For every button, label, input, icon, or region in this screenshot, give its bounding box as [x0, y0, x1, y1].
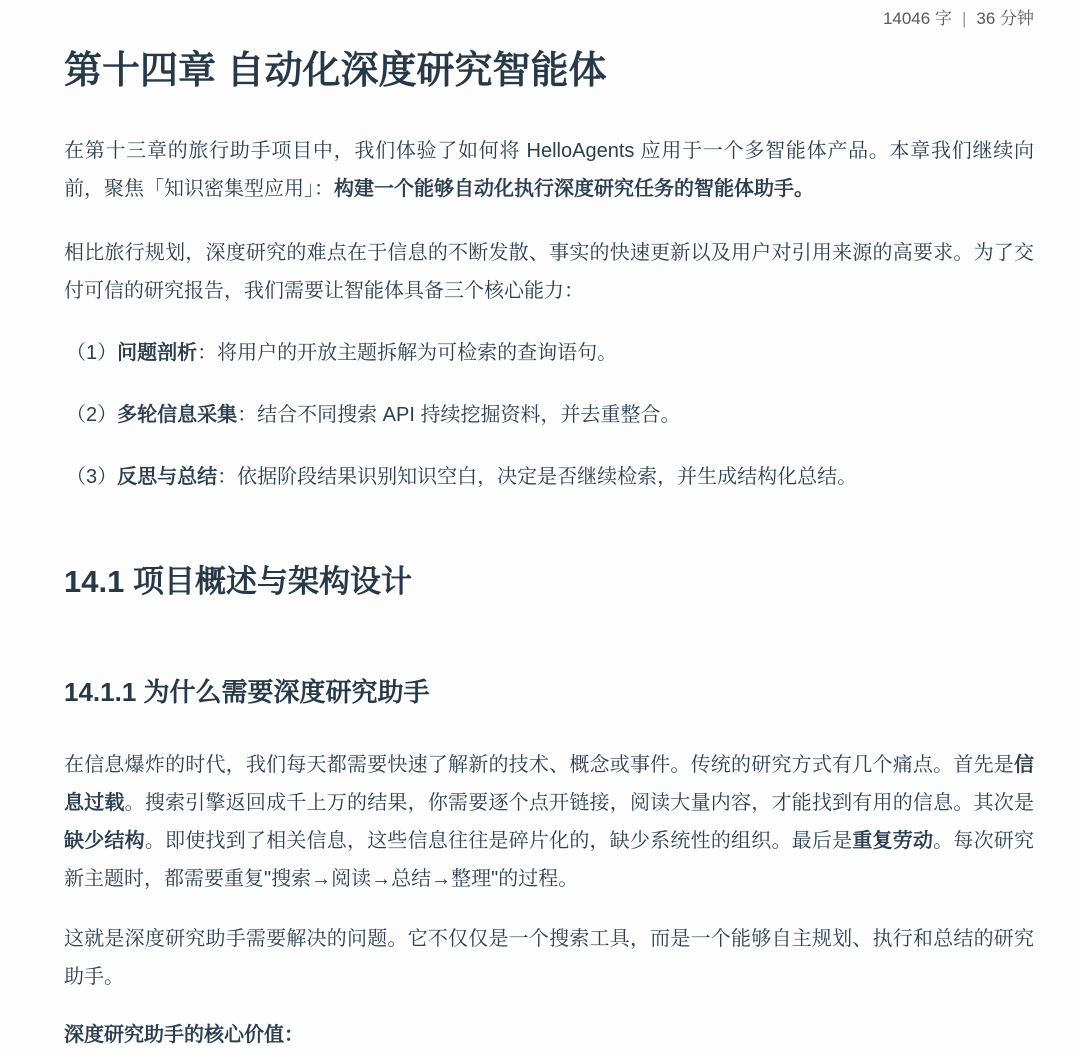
word-count: 14046 字	[883, 9, 952, 28]
list-item-2-title: 多轮信息采集	[117, 404, 237, 426]
document-page: 14046 字|36 分钟 第十四章 自动化深度研究智能体 在第十三章的旅行助手…	[0, 0, 1080, 1050]
meta-divider: |	[962, 9, 966, 28]
paragraph-challenges: 相比旅行规划，深度研究的难点在于信息的不断发散、事实的快速更新以及用户对引用来源…	[64, 234, 1034, 310]
list-item-2: （2）多轮信息采集：结合不同搜索 API 持续挖掘资料，并去重整合。	[64, 396, 1034, 434]
list-item-1-number: （1）	[66, 342, 117, 364]
list-item-3: （3）反思与总结：依据阶段结果识别知识空白，决定是否继续检索，并生成结构化总结。	[64, 458, 1034, 496]
painpoints-seg2: 。搜索引擎返回成千上万的结果，你需要逐个点开链接，阅读大量内容，才能找到有用的信…	[125, 792, 1034, 814]
subsection-title: 14.1.1 为什么需要深度研究助手	[64, 674, 1034, 710]
paragraph-intro-bold: 构建一个能够自动化执行深度研究任务的智能体助手。	[334, 178, 814, 200]
list-item-1-desc: ：将用户的开放主题拆解为可检索的查询语句。	[197, 342, 617, 364]
chapter-title: 第十四章 自动化深度研究智能体	[64, 45, 1034, 98]
painpoints-bold-structure: 缺少结构	[64, 830, 145, 852]
section-title: 14.1 项目概述与架构设计	[64, 560, 1034, 603]
read-time: 36 分钟	[976, 9, 1034, 28]
list-item-2-number: （2）	[66, 404, 117, 426]
paragraph-solution: 这就是深度研究助手需要解决的问题。它不仅仅是一个搜索工具，而是一个能够自主规划、…	[64, 920, 1034, 996]
painpoints-seg1: 在信息爆炸的时代，我们每天都需要快速了解新的技术、概念或事件。传统的研究方式有几…	[64, 754, 1014, 776]
painpoints-seg3: 。即使找到了相关信息，这些信息往往是碎片化的，缺少系统性的组织。最后是	[145, 830, 852, 852]
list-item-3-desc: ：依据阶段结果识别知识空白，决定是否继续检索，并生成结构化总结。	[217, 466, 857, 488]
list-item-1-title: 问题剖析	[117, 342, 197, 364]
capability-list: （1）问题剖析：将用户的开放主题拆解为可检索的查询语句。 （2）多轮信息采集：结…	[64, 334, 1034, 496]
list-item-3-number: （3）	[66, 466, 117, 488]
paragraph-intro: 在第十三章的旅行助手项目中，我们体验了如何将 HelloAgents 应用于一个…	[64, 132, 1034, 208]
list-item-1: （1）问题剖析：将用户的开放主题拆解为可检索的查询语句。	[64, 334, 1034, 372]
paragraph-painpoints: 在信息爆炸的时代，我们每天都需要快速了解新的技术、概念或事件。传统的研究方式有几…	[64, 746, 1034, 898]
paragraph-core-value-heading: 深度研究助手的核心价值：	[64, 1016, 1034, 1050]
painpoints-bold-repetition: 重复劳动	[852, 830, 933, 852]
reading-meta: 14046 字|36 分钟	[64, 6, 1034, 32]
list-item-3-title: 反思与总结	[117, 466, 217, 488]
list-item-2-desc: ：结合不同搜索 API 持续挖掘资料，并去重整合。	[237, 404, 680, 426]
